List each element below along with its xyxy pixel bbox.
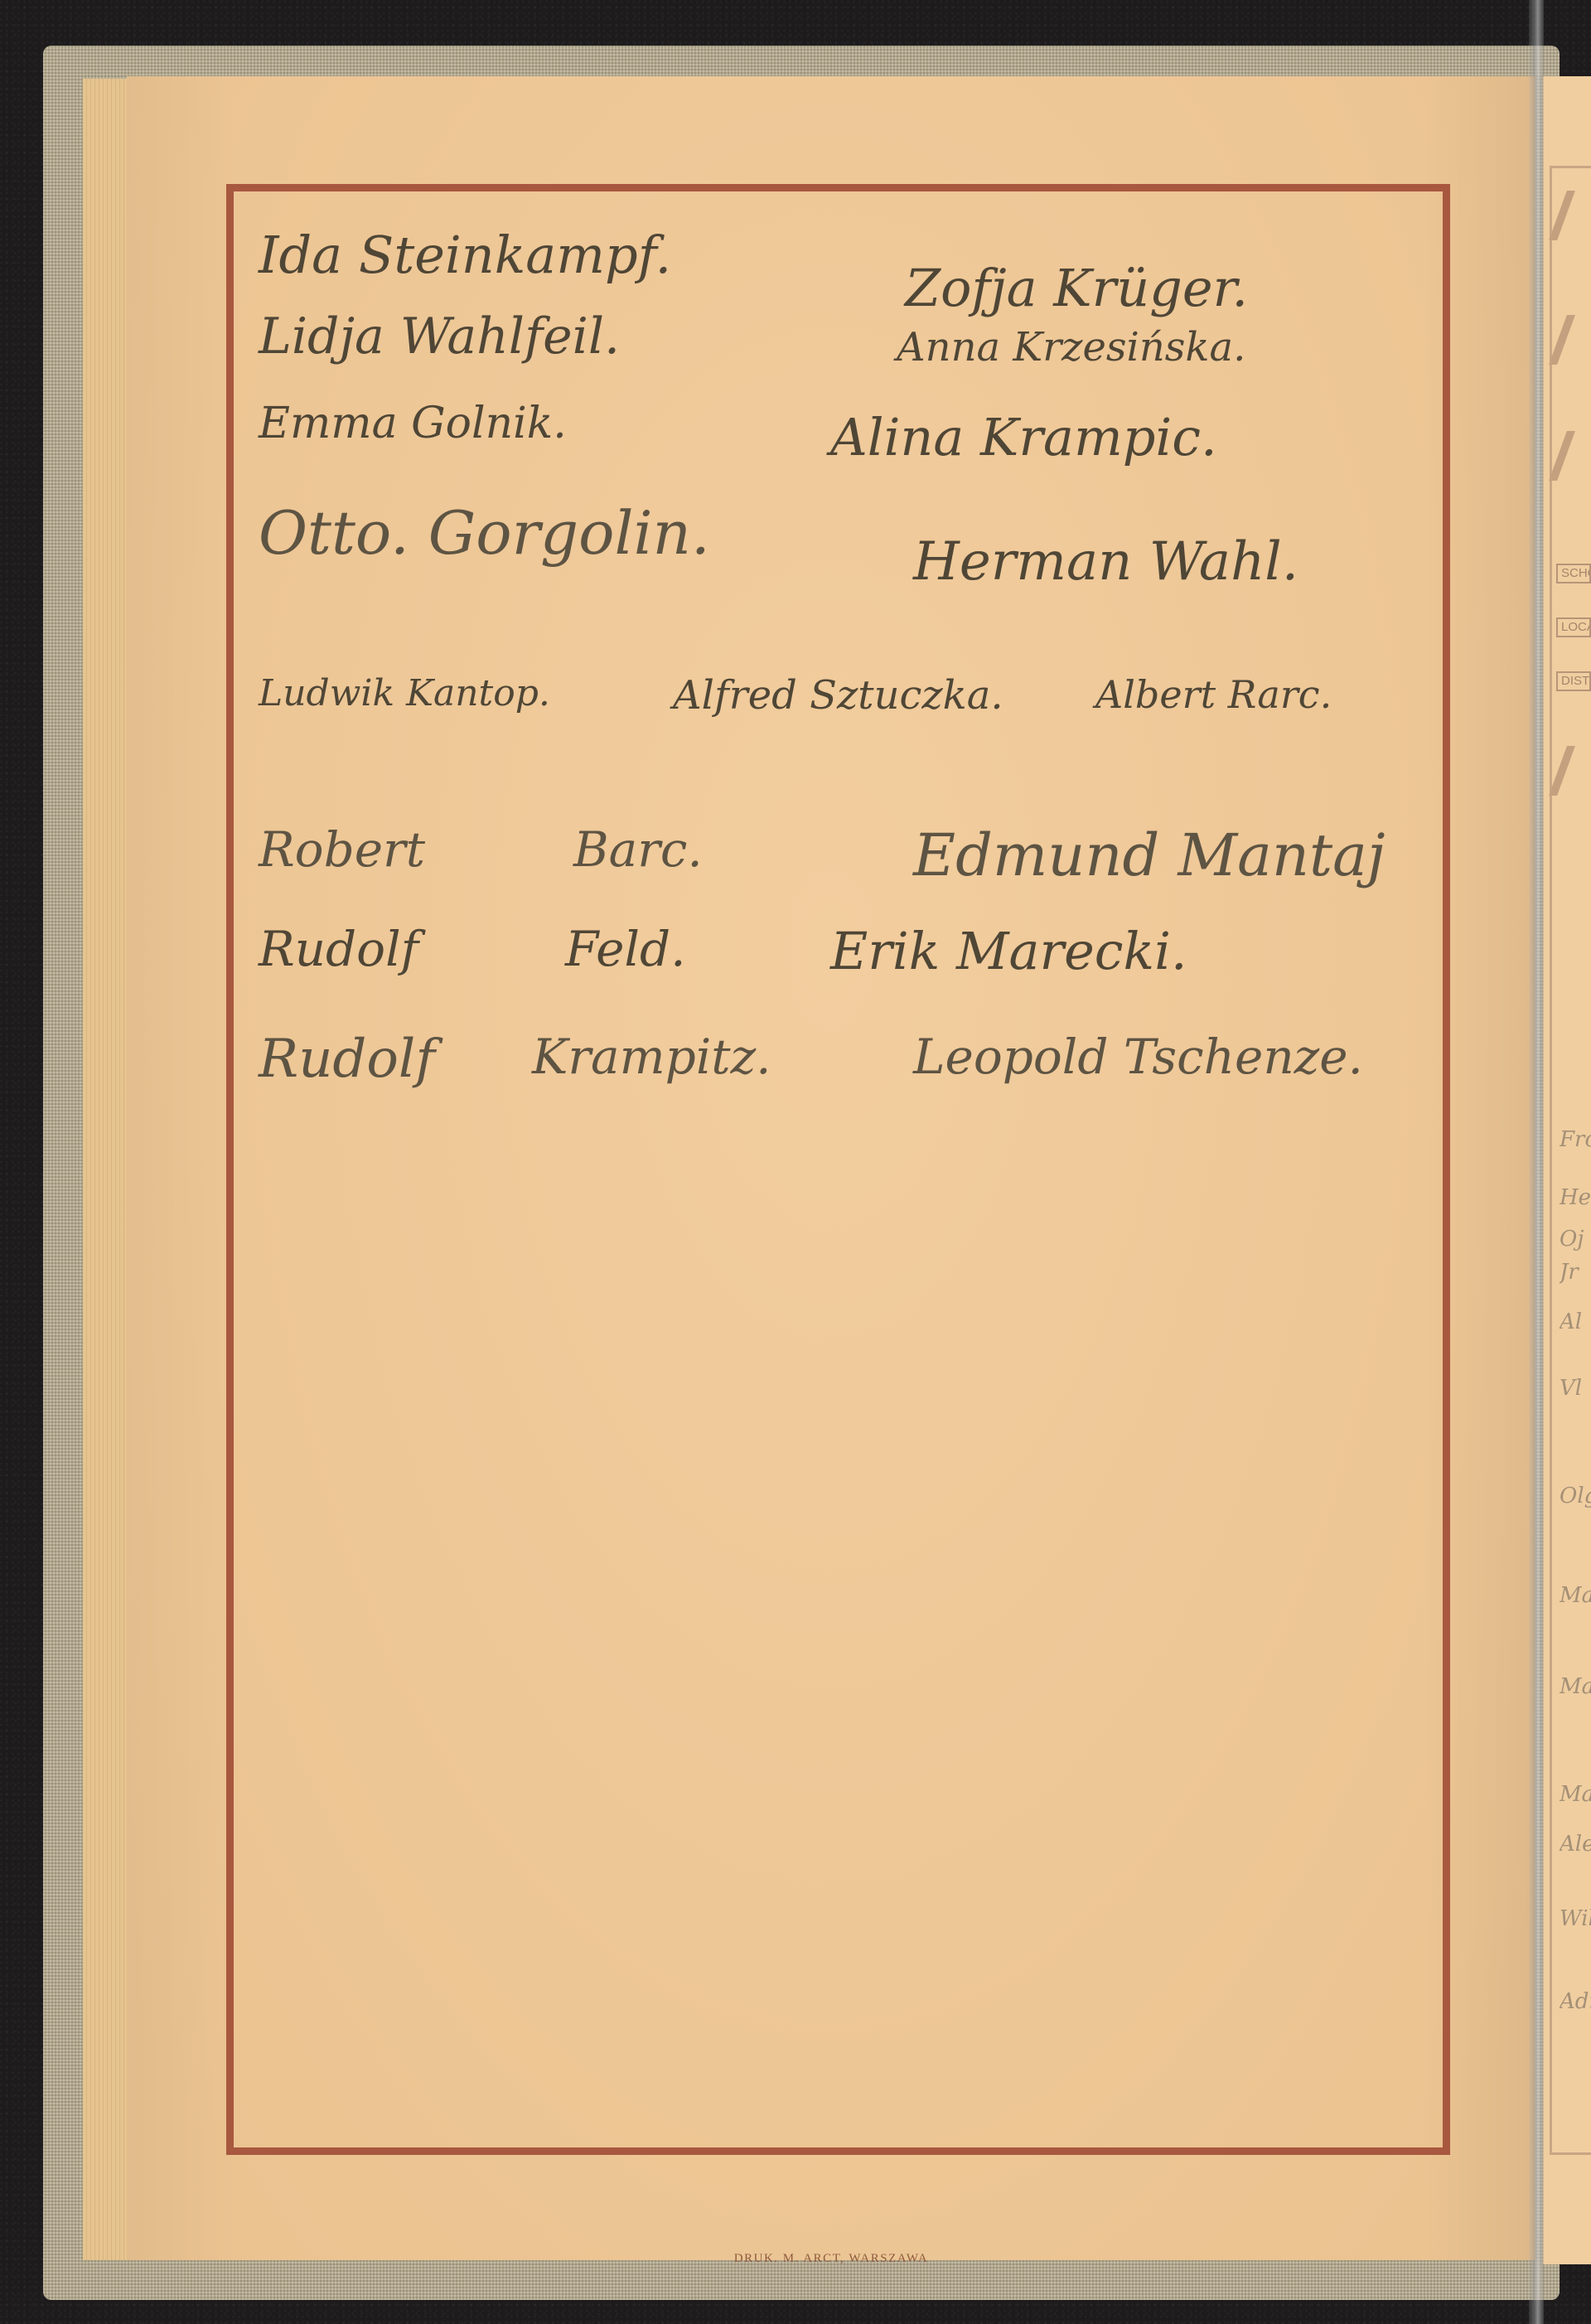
adjacent-handwriting: Ma bbox=[1560, 1583, 1591, 1608]
signature: Robert bbox=[259, 821, 425, 878]
adjacent-handwriting: Hen bbox=[1560, 1185, 1591, 1210]
adjacent-page-label: SCHO SZKO bbox=[1556, 564, 1591, 583]
adjacent-handwriting: Wilh bbox=[1560, 1906, 1591, 1931]
printer-imprint: DRUK. M. ARCT, WARSZAWA bbox=[127, 2252, 1535, 2266]
adjacent-handwriting: Al bbox=[1560, 1310, 1591, 1334]
signature: Rudolf bbox=[259, 921, 418, 977]
signature: Otto. Gorgolin. bbox=[259, 498, 710, 568]
page-block-edge bbox=[83, 79, 129, 2260]
signature: Barc. bbox=[573, 821, 703, 878]
adjacent-handwriting: Oj bbox=[1560, 1227, 1591, 1252]
signature: Lidja Wahlfeil. bbox=[259, 307, 620, 366]
adjacent-page-label: LOCA MIEJS bbox=[1556, 617, 1591, 637]
signature: Ludwik Kantop. bbox=[259, 672, 550, 714]
adjacent-handwriting: Ale bbox=[1560, 1832, 1591, 1857]
signature: Feld. bbox=[565, 921, 686, 977]
signature: Edmund Mantaj bbox=[913, 821, 1385, 889]
adjacent-page-label: DISTR POW bbox=[1556, 671, 1591, 691]
adjacent-handwriting: Olg bbox=[1560, 1484, 1591, 1508]
adjacent-handwriting: Mar bbox=[1560, 1674, 1591, 1699]
signature: Emma Golnik. bbox=[259, 399, 567, 448]
signature: Leopold Tschenze. bbox=[913, 1029, 1363, 1085]
signature: Rudolf bbox=[259, 1029, 435, 1090]
adjacent-handwriting: Vl bbox=[1560, 1376, 1591, 1401]
adjacent-handwriting: Jr bbox=[1560, 1260, 1591, 1285]
adjacent-handwriting: Fro bbox=[1560, 1127, 1591, 1152]
page-frame-border: Ida Steinkampf. Zofja Krüger. Lidja Wahl… bbox=[226, 184, 1450, 2155]
signature: Albert Rarc. bbox=[1095, 672, 1332, 717]
signature: Zofja Krüger. bbox=[905, 258, 1248, 318]
signature: Ida Steinkampf. bbox=[259, 225, 671, 285]
glass-holder-strip bbox=[1529, 0, 1544, 2324]
signature: Erik Marecki. bbox=[830, 921, 1187, 981]
adjacent-handwriting: Mar bbox=[1560, 1782, 1591, 1807]
signature: Krampitz. bbox=[532, 1029, 771, 1085]
signature: Alina Krampic. bbox=[830, 407, 1217, 467]
adjacent-handwriting: Adr bbox=[1560, 1989, 1591, 2014]
album-page: Ida Steinkampf. Zofja Krüger. Lidja Wahl… bbox=[127, 76, 1535, 2260]
signature: Anna Krzesińska. bbox=[897, 324, 1245, 370]
signature: Alfred Sztuczka. bbox=[673, 672, 1003, 719]
signature: Herman Wahl. bbox=[913, 531, 1298, 593]
